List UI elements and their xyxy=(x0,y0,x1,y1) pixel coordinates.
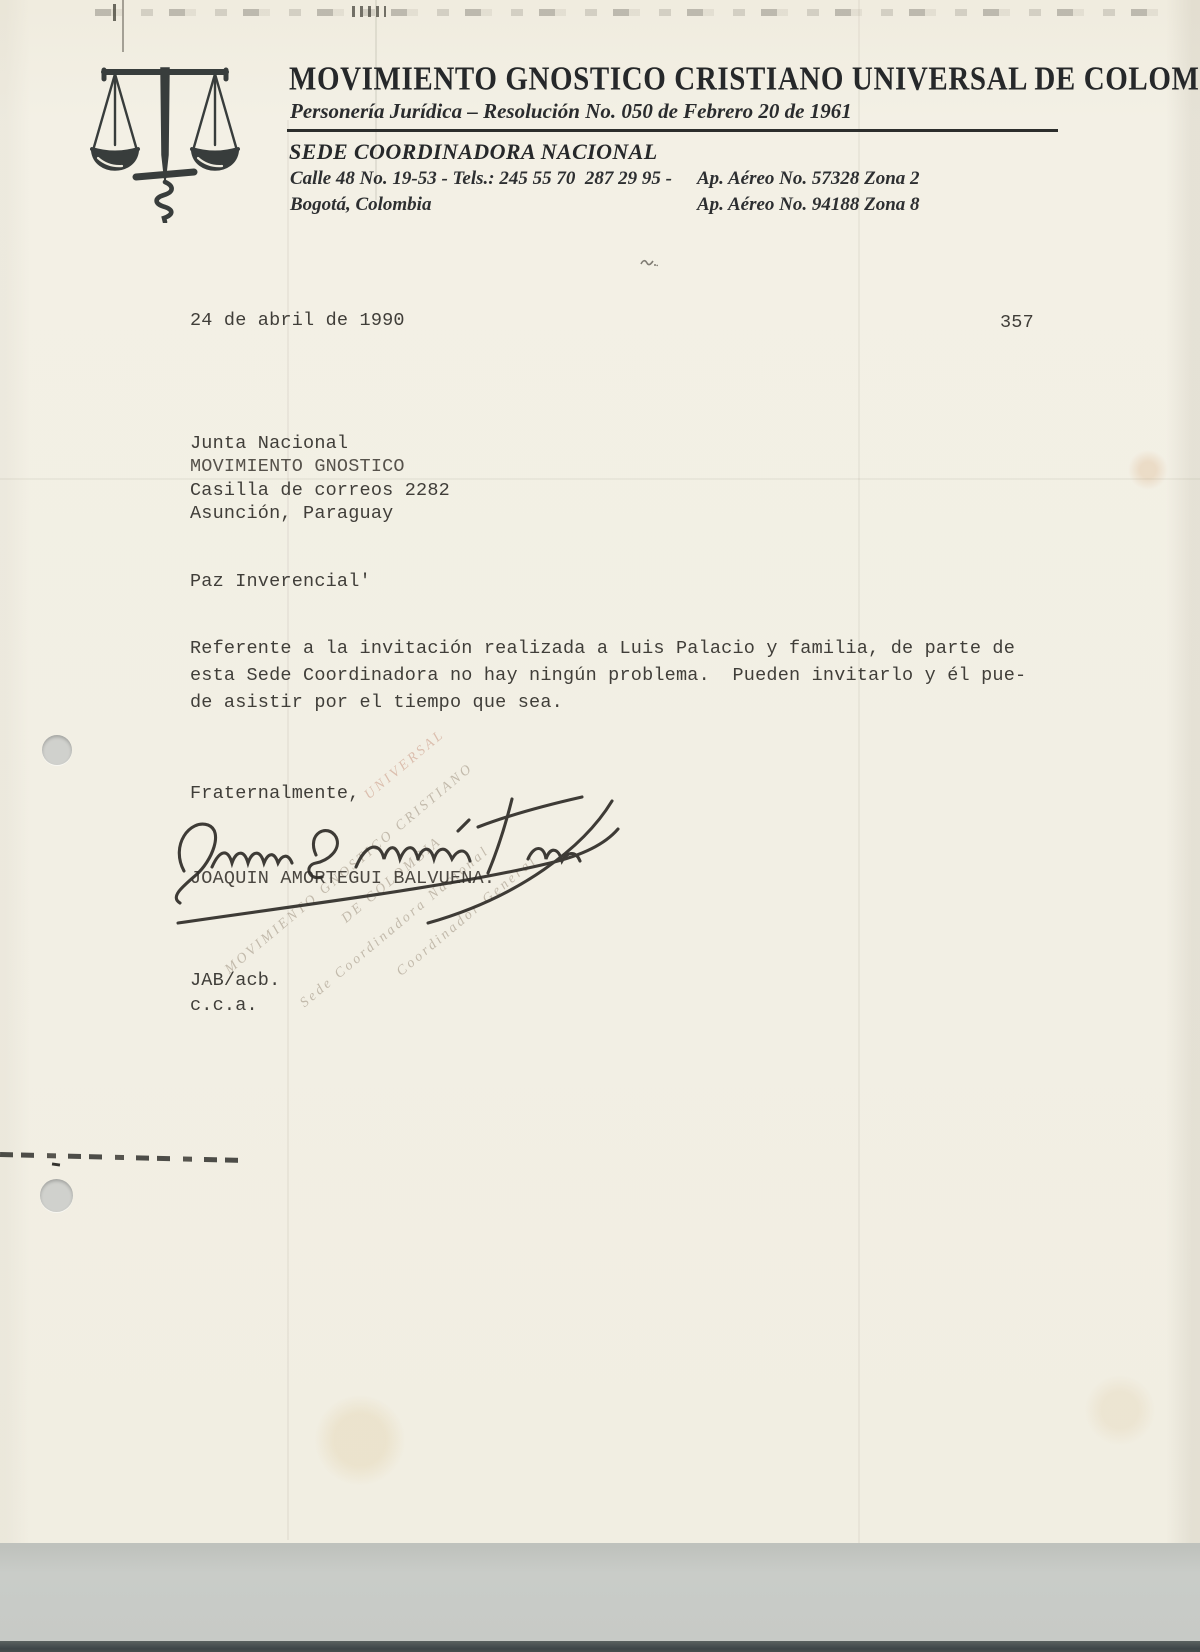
organization-name: MOVIMIENTO GNOSTICO CRISTIANO UNIVERSAL … xyxy=(289,60,1079,99)
handwritten-signature xyxy=(160,775,640,935)
recipient-line: MOVIMIENTO GNOSTICO xyxy=(190,456,405,477)
pen-mark xyxy=(640,256,658,270)
scan-artifact-mark xyxy=(352,6,386,17)
body-line: Referente a la invitación realizada a Lu… xyxy=(190,638,1015,659)
letter-date: 24 de abril de 1990 xyxy=(190,310,405,331)
folio-number: 357 xyxy=(1000,312,1034,333)
po-box-1: Ap. Aéreo No. 57328 Zona 2 xyxy=(697,168,920,190)
scanned-letter: MOVIMIENTO GNOSTICO CRISTIANO UNIVERSAL … xyxy=(0,0,1200,1652)
recipient-line: Junta Nacional xyxy=(190,433,348,454)
scanner-bed-edge xyxy=(0,1641,1200,1652)
scales-of-justice-icon xyxy=(90,55,240,223)
vertical-fold-crease xyxy=(858,0,860,1543)
body-line: esta Sede Coordinadora no hay ningún pro… xyxy=(190,665,1026,686)
paper-sheet: MOVIMIENTO GNOSTICO CRISTIANO UNIVERSAL … xyxy=(0,0,1200,1543)
recipient-line: Casilla de correos 2282 xyxy=(190,480,450,501)
hole-punch xyxy=(42,735,72,765)
pen-scratch-mark xyxy=(52,1162,60,1166)
hole-punch xyxy=(40,1179,73,1212)
scan-artifact-mark xyxy=(122,0,124,52)
scanner-noise-streak xyxy=(95,9,1165,16)
scan-artifact-mark xyxy=(113,4,116,21)
pen-scratch-line xyxy=(0,1152,246,1163)
office-name: SEDE COORDINADORA NACIONAL xyxy=(289,139,658,165)
street-address: Calle 48 No. 19-53 - Tels.: 245 55 70 28… xyxy=(290,168,672,190)
po-box-2: Ap. Aéreo No. 94188 Zona 8 xyxy=(697,194,920,216)
salutation: Paz Inverencial' xyxy=(190,571,371,592)
legal-resolution-line: Personería Jurídica – Resolución No. 050… xyxy=(290,99,852,124)
city-country: Bogotá, Colombia xyxy=(290,194,431,216)
letterhead-divider-rule xyxy=(287,129,1058,132)
scanner-bed-background xyxy=(0,1543,1200,1641)
horizontal-fold-crease xyxy=(0,478,1200,480)
recipient-line: Asunción, Paraguay xyxy=(190,503,393,524)
